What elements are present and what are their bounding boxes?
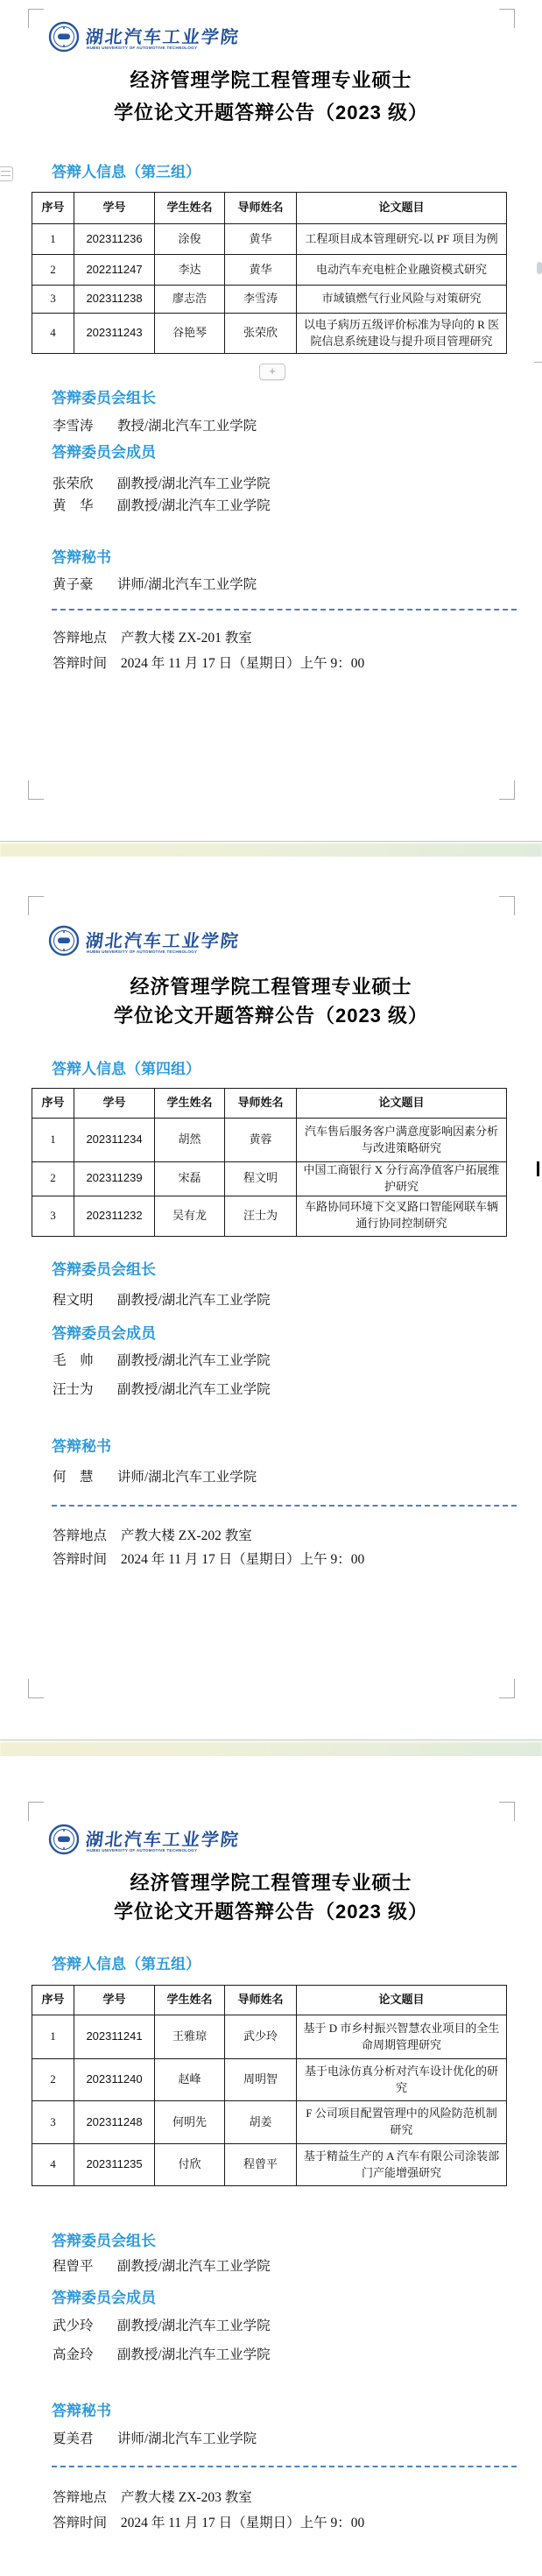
table-header-row: 序号 学号 学生姓名 导师姓名 论文题目 xyxy=(32,193,507,224)
cell-no: 3 xyxy=(32,1196,74,1236)
secretary-heading: 答辩秘书 xyxy=(52,2398,111,2420)
section-heading-group4: 答辩人信息（第四组） xyxy=(52,1056,201,1078)
cell-student-name: 宋磊 xyxy=(155,1162,225,1196)
member-line: 张荣欣 副教授/湖北汽车工业学院 xyxy=(53,473,271,492)
person-name: 黄子豪 xyxy=(53,574,114,593)
margin-corner-mark xyxy=(499,1679,515,1698)
margin-corner-mark xyxy=(499,1802,515,1821)
cell-student-name: 王雅琼 xyxy=(155,2015,225,2059)
header-cell: 学号 xyxy=(74,1089,155,1119)
secretary-line: 黄子豪 讲师/湖北汽车工业学院 xyxy=(53,574,257,593)
cell-thesis-title: 中国工商银行 X 分行高净值客户拓展维护研究 xyxy=(297,1162,507,1196)
text-cursor-caret xyxy=(537,1161,539,1176)
logo-seal-icon xyxy=(48,925,80,956)
table-row: 1 202311236 涂俊 黄华 工程项目成本管理研究-以 PF 项目为例 xyxy=(32,224,507,255)
chair-line: 程曾平 副教授/湖北汽车工业学院 xyxy=(53,2255,271,2275)
cell-student-name: 李达 xyxy=(155,255,225,286)
section-heading-group5: 答辩人信息（第五组） xyxy=(52,1951,201,1973)
person-name: 何 慧 xyxy=(53,1466,114,1486)
doc-title-line-1: 经济管理学院工程管理专业硕士 xyxy=(0,972,542,999)
chair-line: 程文明 副教授/湖北汽车工业学院 xyxy=(53,1289,271,1309)
dashed-divider xyxy=(52,609,517,610)
cell-student-id: 202311235 xyxy=(74,2144,155,2186)
time-line: 答辩时间 2024 年 11 月 17 日（星期日）上午 9：00 xyxy=(53,1549,364,1568)
cell-student-name: 廖志浩 xyxy=(155,286,225,314)
time-label: 答辩时间 xyxy=(53,653,117,672)
doc-title-line-2: 学位论文开题答辩公告（2023 级） xyxy=(0,98,542,125)
university-logo-name: 湖北汽车工业学院 xyxy=(84,1825,241,1851)
cell-student-id: 202311248 xyxy=(74,2101,155,2144)
cell-no: 1 xyxy=(32,2015,74,2059)
header-cell: 论文题目 xyxy=(297,193,507,224)
margin-corner-mark xyxy=(28,1802,44,1821)
venue-line: 答辩地点 产教大楼 ZX-202 教室 xyxy=(53,1525,252,1544)
person-title: 讲师/湖北汽车工业学院 xyxy=(117,1470,257,1485)
cell-thesis-title: 车路协同环境下交叉路口智能网联车辆通行协同控制研究 xyxy=(297,1196,507,1236)
doc-title-line-2: 学位论文开题答辩公告（2023 级） xyxy=(0,1001,542,1028)
cell-no: 1 xyxy=(32,1119,74,1162)
table-row: 3 202311232 吴有龙 汪士为 车路协同环境下交叉路口智能网联车辆通行协… xyxy=(32,1196,507,1236)
person-title: 讲师/湖北汽车工业学院 xyxy=(117,2431,257,2446)
venue-value: 产教大楼 ZX-202 教室 xyxy=(121,1528,252,1543)
cell-advisor-name: 张荣欣 xyxy=(225,314,297,354)
person-title: 副教授/湖北汽车工业学院 xyxy=(117,476,271,491)
person-title: 副教授/湖北汽车工业学院 xyxy=(117,1293,271,1308)
doc-title-line-2: 学位论文开题答辩公告（2023 级） xyxy=(0,1897,542,1924)
cell-student-id: 202311239 xyxy=(74,1162,155,1196)
header-cell: 导师姓名 xyxy=(225,1986,297,2015)
cell-student-name: 谷艳琴 xyxy=(155,314,225,354)
cell-thesis-title: 电动汽车充电桩企业融资模式研究 xyxy=(297,255,507,286)
cell-thesis-title: 汽车售后服务客户满意度影响因素分析与改进策略研究 xyxy=(297,1119,507,1162)
university-logo-english: HUBEI UNIVERSITY OF AUTOMOTIVE TECHNOLOG… xyxy=(87,949,197,954)
cell-no: 3 xyxy=(32,2101,74,2144)
table-row: 1 202311234 胡然 黄蓉 汽车售后服务客户满意度影响因素分析与改进策略… xyxy=(32,1119,507,1162)
person-name: 张荣欣 xyxy=(53,473,114,492)
venue-label: 答辩地点 xyxy=(53,627,117,646)
time-line: 答辩时间 2024 年 11 月 17 日（星期日）上午 9：00 xyxy=(53,2512,364,2531)
header-cell: 导师姓名 xyxy=(225,1089,297,1119)
member-line: 黄 华 副教授/湖北汽车工业学院 xyxy=(53,495,271,514)
page-1: 湖北汽车工业学院 HUBEI UNIVERSITY OF AUTOMOTIVE … xyxy=(0,0,542,841)
header-cell: 导师姓名 xyxy=(225,193,297,224)
logo-seal-icon xyxy=(48,1824,80,1855)
cell-student-name: 付欣 xyxy=(155,2144,225,2186)
page-gap-band xyxy=(0,841,542,858)
header-cell: 学号 xyxy=(74,1986,155,2015)
person-name: 程文明 xyxy=(53,1289,114,1309)
cell-student-id: 202211247 xyxy=(74,255,155,286)
cell-student-name: 涂俊 xyxy=(155,224,225,255)
table-header-row: 序号 学号 学生姓名 导师姓名 论文题目 xyxy=(32,1986,507,2015)
venue-label: 答辩地点 xyxy=(53,2487,117,2506)
cell-advisor-name: 汪士为 xyxy=(225,1196,297,1236)
chair-line: 李雪涛 教授/湖北汽车工业学院 xyxy=(53,415,257,434)
header-cell: 论文题目 xyxy=(297,1986,507,2015)
margin-corner-mark xyxy=(28,896,44,915)
cell-no: 2 xyxy=(32,1162,74,1196)
cell-no: 4 xyxy=(32,314,74,354)
secretary-heading: 答辩秘书 xyxy=(52,545,111,567)
margin-corner-mark xyxy=(499,780,515,800)
table-row: 2 202311240 赵峰 周明智 基于电泳仿真分析对汽车设计优化的研究 xyxy=(32,2059,507,2101)
cell-student-id: 202311243 xyxy=(74,314,155,354)
cell-advisor-name: 黄华 xyxy=(225,224,297,255)
cell-student-id: 202311236 xyxy=(74,224,155,255)
table-row: 2 202311239 宋磊 程文明 中国工商银行 X 分行高净值客户拓展维护研… xyxy=(32,1162,507,1196)
cell-advisor-name: 黄蓉 xyxy=(225,1119,297,1162)
cell-student-name: 何明先 xyxy=(155,2101,225,2144)
table-row: 3 202311238 廖志浩 李雪涛 市域镇燃气行业风险与对策研究 xyxy=(32,286,507,314)
person-title: 副教授/湖北汽车工业学院 xyxy=(117,1382,271,1397)
header-cell: 论文题目 xyxy=(297,1089,507,1119)
cell-no: 1 xyxy=(32,224,74,255)
document-canvas: 湖北汽车工业学院 HUBEI UNIVERSITY OF AUTOMOTIVE … xyxy=(0,0,542,2576)
table-row: 1 202311241 王雅琼 武少玲 基于 D 市乡村振兴智慧农业项目的全生命… xyxy=(32,2015,507,2059)
page-3: 湖北汽车工业学院 HUBEI UNIVERSITY OF AUTOMOTIVE … xyxy=(0,1756,542,2576)
margin-corner-mark xyxy=(28,780,44,800)
venue-value: 产教大楼 ZX-201 教室 xyxy=(121,631,252,646)
doc-title-line-1: 经济管理学院工程管理专业硕士 xyxy=(0,66,542,93)
member-line: 高金玲 副教授/湖北汽车工业学院 xyxy=(53,2344,271,2363)
cell-no: 4 xyxy=(32,2144,74,2186)
university-logo-emblem xyxy=(48,21,80,57)
secretary-heading: 答辩秘书 xyxy=(52,1434,111,1456)
dashed-divider xyxy=(52,2466,517,2467)
cell-advisor-name: 李雪涛 xyxy=(225,286,297,314)
cell-no: 2 xyxy=(32,2059,74,2101)
university-logo-english: HUBEI UNIVERSITY OF AUTOMOTIVE TECHNOLOG… xyxy=(87,1848,197,1853)
table-column-mark xyxy=(534,362,542,375)
header-cell: 学生姓名 xyxy=(155,1986,225,2015)
cell-thesis-title: 基于精益生产的 A 汽车有限公司涂装部门产能增强研究 xyxy=(297,2144,507,2186)
chair-heading: 答辩委员会组长 xyxy=(52,2228,156,2250)
member-line: 汪士为 副教授/湖北汽车工业学院 xyxy=(53,1379,271,1398)
add-row-button[interactable]: + xyxy=(259,363,285,380)
members-heading: 答辩委员会成员 xyxy=(52,2285,156,2307)
cell-student-id: 202311241 xyxy=(74,2015,155,2059)
venue-value: 产教大楼 ZX-203 教室 xyxy=(121,2490,252,2505)
person-name: 李雪涛 xyxy=(53,415,114,434)
logo-seal-icon xyxy=(48,21,80,53)
cell-thesis-title: 工程项目成本管理研究-以 PF 项目为例 xyxy=(297,224,507,255)
university-logo-english: HUBEI UNIVERSITY OF AUTOMOTIVE TECHNOLOG… xyxy=(87,46,197,50)
time-line: 答辩时间 2024 年 11 月 17 日（星期日）上午 9：00 xyxy=(53,653,364,672)
secretary-line: 何 慧 讲师/湖北汽车工业学院 xyxy=(53,1466,257,1486)
person-title: 副教授/湖北汽车工业学院 xyxy=(117,498,271,513)
margin-corner-mark xyxy=(499,9,515,28)
time-value: 2024 年 11 月 17 日（星期日）上午 9：00 xyxy=(121,1552,364,1567)
cell-thesis-title: 以电子病历五级评价标准为导向的 R 医院信息系统建设与提升项目管理研究 xyxy=(297,314,507,354)
defense-table-group5: 序号 学号 学生姓名 导师姓名 论文题目 1 202311241 王雅琼 武少玲… xyxy=(32,1985,507,2186)
page-2: 湖北汽车工业学院 HUBEI UNIVERSITY OF AUTOMOTIVE … xyxy=(0,857,542,1740)
time-label: 答辩时间 xyxy=(53,2512,117,2531)
time-value: 2024 年 11 月 17 日（星期日）上午 9：00 xyxy=(121,656,364,671)
member-line: 武少玲 副教授/湖北汽车工业学院 xyxy=(53,2315,271,2334)
chair-heading: 答辩委员会组长 xyxy=(52,1257,156,1279)
cell-advisor-name: 程文明 xyxy=(225,1162,297,1196)
cell-thesis-title: F 公司项目配置管理中的风险防范机制研究 xyxy=(297,2101,507,2144)
cell-thesis-title: 市域镇燃气行业风险与对策研究 xyxy=(297,286,507,314)
cell-student-id: 202311238 xyxy=(74,286,155,314)
venue-label: 答辩地点 xyxy=(53,1525,117,1544)
cell-student-name: 胡然 xyxy=(155,1119,225,1162)
person-name: 武少玲 xyxy=(53,2315,114,2334)
table-row: 2 202211247 李达 黄华 电动汽车充电桩企业融资模式研究 xyxy=(32,255,507,286)
cell-student-id: 202311232 xyxy=(74,1196,155,1236)
table-row: 4 202311235 付欣 程曾平 基于精益生产的 A 汽车有限公司涂装部门产… xyxy=(32,2144,507,2186)
person-name: 黄 华 xyxy=(53,495,114,514)
cell-advisor-name: 胡姜 xyxy=(225,2101,297,2144)
person-title: 教授/湖北汽车工业学院 xyxy=(117,419,257,434)
section-heading-group3: 答辩人信息（第三组） xyxy=(52,159,201,181)
person-name: 程曾平 xyxy=(53,2255,114,2275)
chair-heading: 答辩委员会组长 xyxy=(52,385,156,407)
margin-corner-mark xyxy=(499,896,515,915)
university-logo-emblem xyxy=(48,925,80,961)
person-name: 毛 帅 xyxy=(53,1350,114,1369)
person-title: 副教授/湖北汽车工业学院 xyxy=(117,2347,271,2362)
page-gap-band xyxy=(0,1740,542,1757)
cell-no: 3 xyxy=(32,286,74,314)
defense-table-group4: 序号 学号 学生姓名 导师姓名 论文题目 1 202311234 胡然 黄蓉 汽… xyxy=(32,1088,507,1237)
cell-advisor-name: 程曾平 xyxy=(225,2144,297,2186)
cell-student-name: 吴有龙 xyxy=(155,1196,225,1236)
scrollbar-thumb-sliver[interactable] xyxy=(537,262,542,274)
person-title: 副教授/湖北汽车工业学院 xyxy=(117,1353,271,1368)
header-cell: 序号 xyxy=(32,1089,74,1119)
header-cell: 学生姓名 xyxy=(155,193,225,224)
table-header-row: 序号 学号 学生姓名 导师姓名 论文题目 xyxy=(32,1089,507,1119)
margin-corner-mark xyxy=(28,1679,44,1698)
header-cell: 序号 xyxy=(32,193,74,224)
doc-title-line-1: 经济管理学院工程管理专业硕士 xyxy=(0,1868,542,1895)
person-name: 汪士为 xyxy=(53,1379,114,1398)
cell-advisor-name: 武少玲 xyxy=(225,2015,297,2059)
header-cell: 学生姓名 xyxy=(155,1089,225,1119)
margin-corner-mark xyxy=(28,9,44,28)
time-label: 答辩时间 xyxy=(53,1549,117,1568)
table-row: 3 202311248 何明先 胡姜 F 公司项目配置管理中的风险防范机制研究 xyxy=(32,2101,507,2144)
table-handle-icon[interactable] xyxy=(0,166,13,181)
cell-advisor-name: 周明智 xyxy=(225,2059,297,2101)
venue-line: 答辩地点 产教大楼 ZX-203 教室 xyxy=(53,2487,252,2506)
university-logo-name: 湖北汽车工业学院 xyxy=(84,927,241,952)
university-logo-emblem xyxy=(48,1824,80,1860)
member-line: 毛 帅 副教授/湖北汽车工业学院 xyxy=(53,1350,271,1369)
cell-thesis-title: 基于电泳仿真分析对汽车设计优化的研究 xyxy=(297,2059,507,2101)
table-row: 4 202311243 谷艳琴 张荣欣 以电子病历五级评价标准为导向的 R 医院… xyxy=(32,314,507,354)
person-name: 夏美君 xyxy=(53,2428,114,2447)
person-title: 讲师/湖北汽车工业学院 xyxy=(117,577,257,592)
venue-line: 答辩地点 产教大楼 ZX-201 教室 xyxy=(53,627,252,646)
cell-student-id: 202311234 xyxy=(74,1119,155,1162)
person-name: 高金玲 xyxy=(53,2344,114,2363)
person-title: 副教授/湖北汽车工业学院 xyxy=(117,2259,271,2274)
cell-no: 2 xyxy=(32,255,74,286)
cell-student-id: 202311240 xyxy=(74,2059,155,2101)
members-heading: 答辩委员会成员 xyxy=(52,440,156,462)
header-cell: 序号 xyxy=(32,1986,74,2015)
cell-student-name: 赵峰 xyxy=(155,2059,225,2101)
cell-thesis-title: 基于 D 市乡村振兴智慧农业项目的全生命周期管理研究 xyxy=(297,2015,507,2059)
dashed-divider xyxy=(52,1505,517,1507)
secretary-line: 夏美君 讲师/湖北汽车工业学院 xyxy=(53,2428,257,2447)
header-cell: 学号 xyxy=(74,193,155,224)
time-value: 2024 年 11 月 17 日（星期日）上午 9：00 xyxy=(121,2516,364,2530)
members-heading: 答辩委员会成员 xyxy=(52,1321,156,1343)
person-title: 副教授/湖北汽车工业学院 xyxy=(117,2318,271,2333)
university-logo-name: 湖北汽车工业学院 xyxy=(84,23,241,48)
defense-table-group3: 序号 学号 学生姓名 导师姓名 论文题目 1 202311236 涂俊 黄华 工… xyxy=(32,192,507,354)
cell-advisor-name: 黄华 xyxy=(225,255,297,286)
